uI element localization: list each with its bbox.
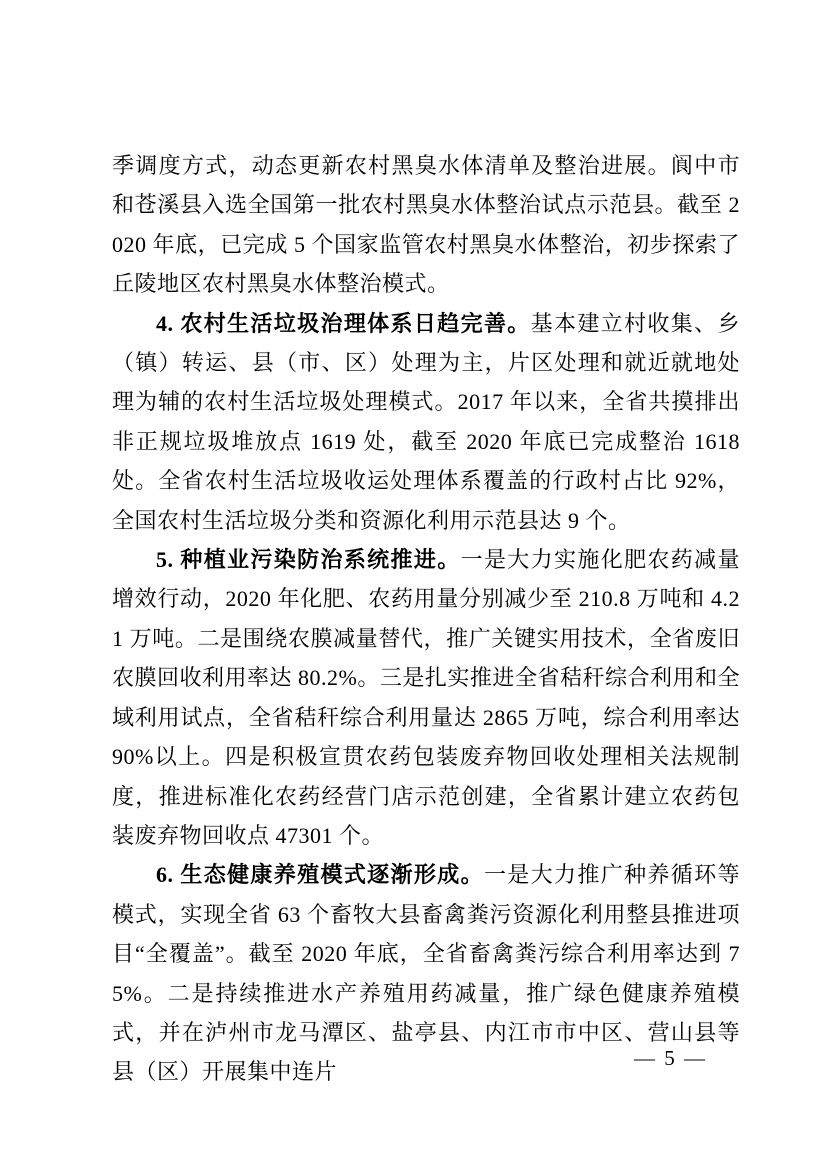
- section-5-paragraph: 5. 种植业污染防治系统推进。一是大力实施化肥农药减量增效行动，2020 年化肥…: [112, 540, 740, 855]
- section-4-heading: 4. 农村生活垃圾治理体系日趋完善。: [156, 311, 531, 336]
- continuation-paragraph: 季调度方式，动态更新农村黑臭水体清单及整治进展。阆中市和苍溪县入选全国第一批农村…: [112, 146, 740, 304]
- document-page: 季调度方式，动态更新农村黑臭水体清单及整治进展。阆中市和苍溪县入选全国第一批农村…: [0, 0, 826, 1169]
- paragraph-text: 季调度方式，动态更新农村黑臭水体清单及整治进展。阆中市和苍溪县入选全国第一批农村…: [112, 153, 740, 296]
- page-number: — 5 —: [634, 1046, 707, 1070]
- section-4-paragraph: 4. 农村生活垃圾治理体系日趋完善。基本建立村收集、乡（镇）转运、县（市、区）处…: [112, 304, 740, 540]
- section-5-heading: 5. 种植业污染防治系统推进。: [156, 547, 461, 572]
- section-5-text: 一是大力实施化肥农药减量增效行动，2020 年化肥、农药用量分别减少至 210.…: [112, 547, 740, 848]
- section-4-text: 基本建立村收集、乡（镇）转运、县（市、区）处理为主，片区处理和就近就地处理为辅的…: [112, 311, 740, 533]
- document-body: 季调度方式，动态更新农村黑臭水体清单及整治进展。阆中市和苍溪县入选全国第一批农村…: [112, 146, 740, 1092]
- section-6-heading: 6. 生态健康养殖模式逐渐形成。: [156, 862, 484, 887]
